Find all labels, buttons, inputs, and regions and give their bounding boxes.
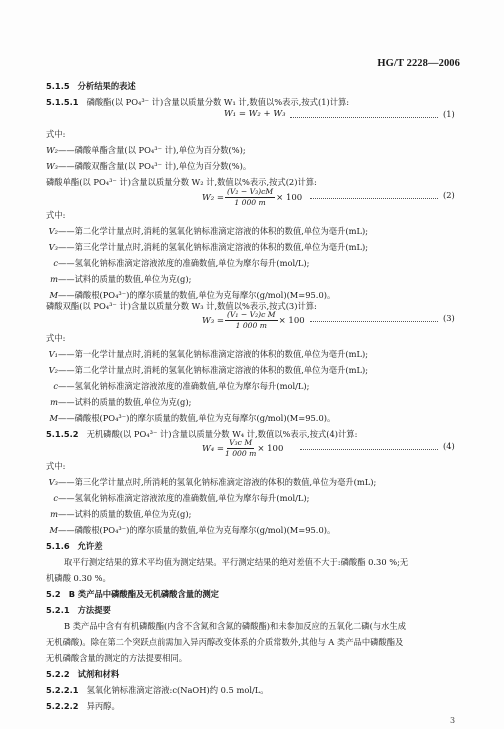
leader-dots xyxy=(290,117,438,118)
page-number: 3 xyxy=(450,716,455,725)
formula-3: W₃ = (V₁ − V₂)c M 1 000 m × 100 xyxy=(202,310,305,331)
where-label: 式中: xyxy=(46,332,65,344)
standard-code-header: HG/T 2228—2006 xyxy=(377,58,460,69)
definition-v3: V₃——第三化学计量点时,所消耗的氢氧化钠标准滴定溶液的体积的数值,单位为毫升(… xyxy=(46,476,376,488)
where-label: 式中: xyxy=(46,128,65,140)
method-summary-line-2: 无机磷酸)。除在第二个突跃点前需加入异丙醇改变体系的介质常数外,其他与 A 类产… xyxy=(46,636,403,648)
definition-w3: W₃——磷酸双酯含量(以 PO₄³⁻ 计),单位为百分数(%)。 xyxy=(46,160,251,172)
fraction: (V₂ − V₃)cM 1 000 m xyxy=(225,187,275,208)
definition-c: c——氢氧化钠标准滴定溶液浓度的准确数值,单位为摩尔每升(mol/L); xyxy=(46,492,309,504)
tolerance-text-line-1: 取平行测定结果的算术平均值为测定结果。平行测定结果的绝对差值不大于:磷酸酯 0.… xyxy=(64,556,408,568)
formula-1: W₁ = W₂ + W₃ xyxy=(224,109,285,119)
equation-number-4: (4) xyxy=(443,441,455,451)
formula-2: W₂ = (V₂ − V₃)cM 1 000 m × 100 xyxy=(202,187,302,208)
definition-w2: W₂——磷酸单酯含量(以 PO₄³⁻ 计),单位为百分数(%); xyxy=(46,144,246,156)
definition-m: m——试料的质量的数值,单位为克(g); xyxy=(46,508,191,520)
equation-number-1: (1) xyxy=(443,109,455,119)
clause-5-2-2-1: 5.2.2.1氢氧化钠标准滴定溶液:c(NaOH)约 0.5 mol/L。 xyxy=(46,684,269,696)
leader-dots xyxy=(310,321,438,322)
section-heading-5-1-5: 5.1.5分析结果的表述 xyxy=(46,80,136,92)
definition-m: m——试料的质量的数值,单位为克(g); xyxy=(46,273,191,285)
equation-number-3: (3) xyxy=(443,313,455,323)
method-summary-line-3: 无机磷酸含量的测定的方法提要相同。 xyxy=(46,652,187,664)
definition-c: c——氢氧化钠标准滴定溶液浓度的准确数值,单位为摩尔每升(mol/L); xyxy=(46,257,309,269)
section-heading-5-2-1: 5.2.1方法提要 xyxy=(46,604,111,616)
where-label: 式中: xyxy=(46,460,65,472)
tolerance-text-line-2: 机磷酸 0.30 %。 xyxy=(46,572,111,584)
equation-number-2: (2) xyxy=(443,190,455,200)
leader-dots xyxy=(310,198,438,199)
method-summary-line-1: B 类产品中含有有机磷酸酯(内含不含氮和含氮的磷酸酯)和未参加反应的五氧化二磷(… xyxy=(64,620,406,632)
definition-v3: V₃——第三化学计量点时,消耗的氢氧化钠标准滴定溶液的体积的数值,单位为毫升(m… xyxy=(46,241,368,253)
definition-v2: V₂——第二化学计量点时,消耗的氢氧化钠标准滴定溶液的体积的数值,单位为毫升(m… xyxy=(46,225,368,237)
formula-4: W₄ = V₃c M 1 000 m × 100 xyxy=(202,438,283,459)
definition-m: m——试料的质量的数值,单位为克(g); xyxy=(46,396,191,408)
leader-dots xyxy=(300,449,438,450)
definition-v2: V₂——第二化学计量点时,消耗的氢氧化钠标准滴定溶液的体积的数值,单位为毫升(m… xyxy=(46,364,368,376)
definition-v1: V₁——第一化学计量点时,消耗的氢氧化钠标准滴定溶液的体积的数值,单位为毫升(m… xyxy=(46,348,368,360)
where-label: 式中: xyxy=(46,209,65,221)
section-heading-5-1-6: 5.1.6允许差 xyxy=(46,540,103,552)
fraction: V₃c M 1 000 m xyxy=(225,438,256,459)
document-page: HG/T 2228—2006 5.1.5分析结果的表述 5.1.5.1磷酸酯(以… xyxy=(0,0,504,729)
definition-molar-mass: M——磷酸根(PO₄³⁻)的摩尔质量的数值,单位为克每摩尔(g/mol)(M=9… xyxy=(46,524,335,536)
definition-molar-mass: M——磷酸根(PO₄³⁻)的摩尔质量的数值,单位为克每摩尔(g/mol)(M=9… xyxy=(46,412,335,424)
definition-c: c——氢氧化钠标准滴定溶液浓度的准确数值,单位为摩尔每升(mol/L); xyxy=(46,380,309,392)
section-heading-5-2: 5.2B 类产品中磷酸酯及无机磷酸含量的测定 xyxy=(46,588,219,600)
section-heading-5-2-2: 5.2.2试剂和材料 xyxy=(46,668,119,680)
clause-5-2-2-2: 5.2.2.2异丙醇。 xyxy=(46,700,120,712)
clause-5-1-5-1: 5.1.5.1磷酸酯(以 PO₄³⁻ 计)含量以质量分数 W₁ 计,数值以%表示… xyxy=(46,96,349,108)
fraction: (V₁ − V₂)c M 1 000 m xyxy=(225,310,278,331)
